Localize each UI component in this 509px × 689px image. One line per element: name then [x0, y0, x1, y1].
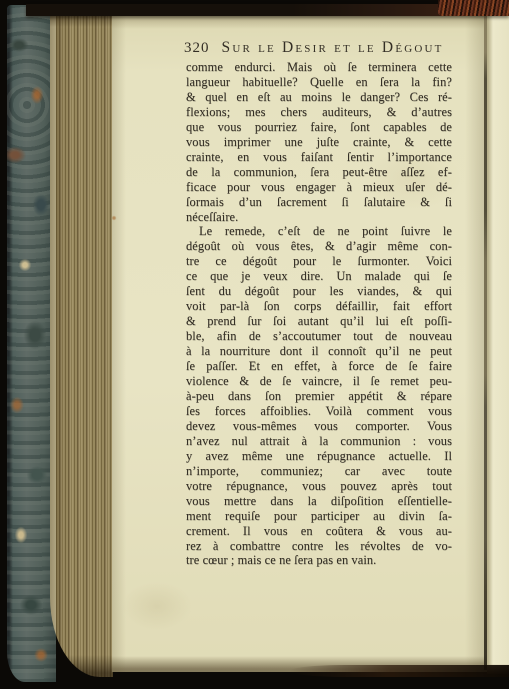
book-top-edge: [26, 4, 509, 16]
text-line: crainte, en vous faiſant ſentir l’import…: [186, 150, 452, 165]
text-line: dégoût où vous êtes, & d’agir même con-: [186, 239, 452, 254]
running-head-title: Sur le Desir et le Dégout: [222, 39, 444, 57]
text-line: voit par-là ſon corps défaillir, fait ef…: [186, 299, 452, 314]
book-photo: 320 Sur le Desir et le Dégout comme endu…: [0, 0, 509, 689]
adjacent-page-edge: [487, 10, 509, 674]
text-line: à-peu dans ſon premier appétit & répare: [186, 389, 452, 404]
text-line: ſes forces affoiblies. Voilà comment vou…: [186, 404, 452, 419]
text-line: que vous pourriez faire, ſont capables d…: [186, 120, 452, 135]
text-line: ficace pour vous engager à mieux uſer dé…: [186, 180, 452, 195]
text-line: devez vous-mêmes vous comporter. Vous: [186, 419, 452, 434]
text-line: violence & de ſe vaincre, il ſe remet pe…: [186, 374, 452, 389]
text-line: à la nourriture dont il connoît qu’il ne…: [186, 344, 452, 359]
text-line: n’importe, communiez; car avec toute: [186, 464, 452, 479]
text-line: flexions; mes chers auditeurs, & d’autre…: [186, 105, 452, 120]
text-line: y avez même une répugnance actuelle. Il: [186, 449, 452, 464]
page-edges-fore-edge: [50, 11, 113, 677]
text-line: vous mettre dans la diſpoſition eſſentie…: [186, 494, 452, 509]
text-line: n’avez nul attrait à la communion : vous: [186, 434, 452, 449]
text-line: Le remede, c’eſt de ne point ſuivre le: [186, 224, 452, 239]
text-line: néceſſaire.: [186, 210, 452, 225]
text-line: langueur habituelle? Quelle en ſera la f…: [186, 75, 452, 90]
text-line: ſent du dégoût pour les viandes, & qui: [186, 284, 452, 299]
book-page: 320 Sur le Desir et le Dégout comme endu…: [112, 13, 487, 672]
text-line: ſormais d’un ſacrement ſi ſalutaire & ſi: [186, 195, 452, 210]
text-line: ce que je veux dire. Un malade qui ſe: [186, 269, 452, 284]
text-line: rez à combattre contre les révoltes de v…: [186, 539, 452, 554]
text-line: ment requiſe pour participer au divin ſa…: [186, 509, 452, 524]
text-line: tre cœur ; mais ce ne ſera pas en vain.: [186, 553, 452, 568]
text-line: comme endurci. Mais où ſe terminera cett…: [186, 60, 452, 75]
marbled-cover-edge: [7, 5, 56, 682]
text-line: ſe paſſer. Et en effet, à force de ſe fa…: [186, 359, 452, 374]
text-line: tre ce dégoût pour le ſurmonter. Voici: [186, 254, 452, 269]
leather-binding-corner: [438, 0, 509, 16]
bottom-page-edge-shadow: [290, 665, 509, 677]
body-text: comme endurci. Mais où ſe terminera cett…: [186, 60, 452, 568]
running-head: 320 Sur le Desir et le Dégout: [184, 39, 487, 57]
text-line: de la communion, ſera peut-être aſſez ef…: [186, 165, 452, 180]
text-line: ble, afin de s’accoutumer tout de nouvea…: [186, 329, 452, 344]
text-line: vous imprimer une juſte crainte, & cette: [186, 135, 452, 150]
text-line: votre répugnance, vous pouvez après tout: [186, 479, 452, 494]
page-number: 320: [184, 39, 210, 57]
text-line: & quel en eſt au moins le danger? Ces ré…: [186, 90, 452, 105]
text-line: crement. Il vous en coûtera & vous au-: [186, 524, 452, 539]
text-line: & prend ſur ſoi autant qu’il lui eſt poſ…: [186, 314, 452, 329]
